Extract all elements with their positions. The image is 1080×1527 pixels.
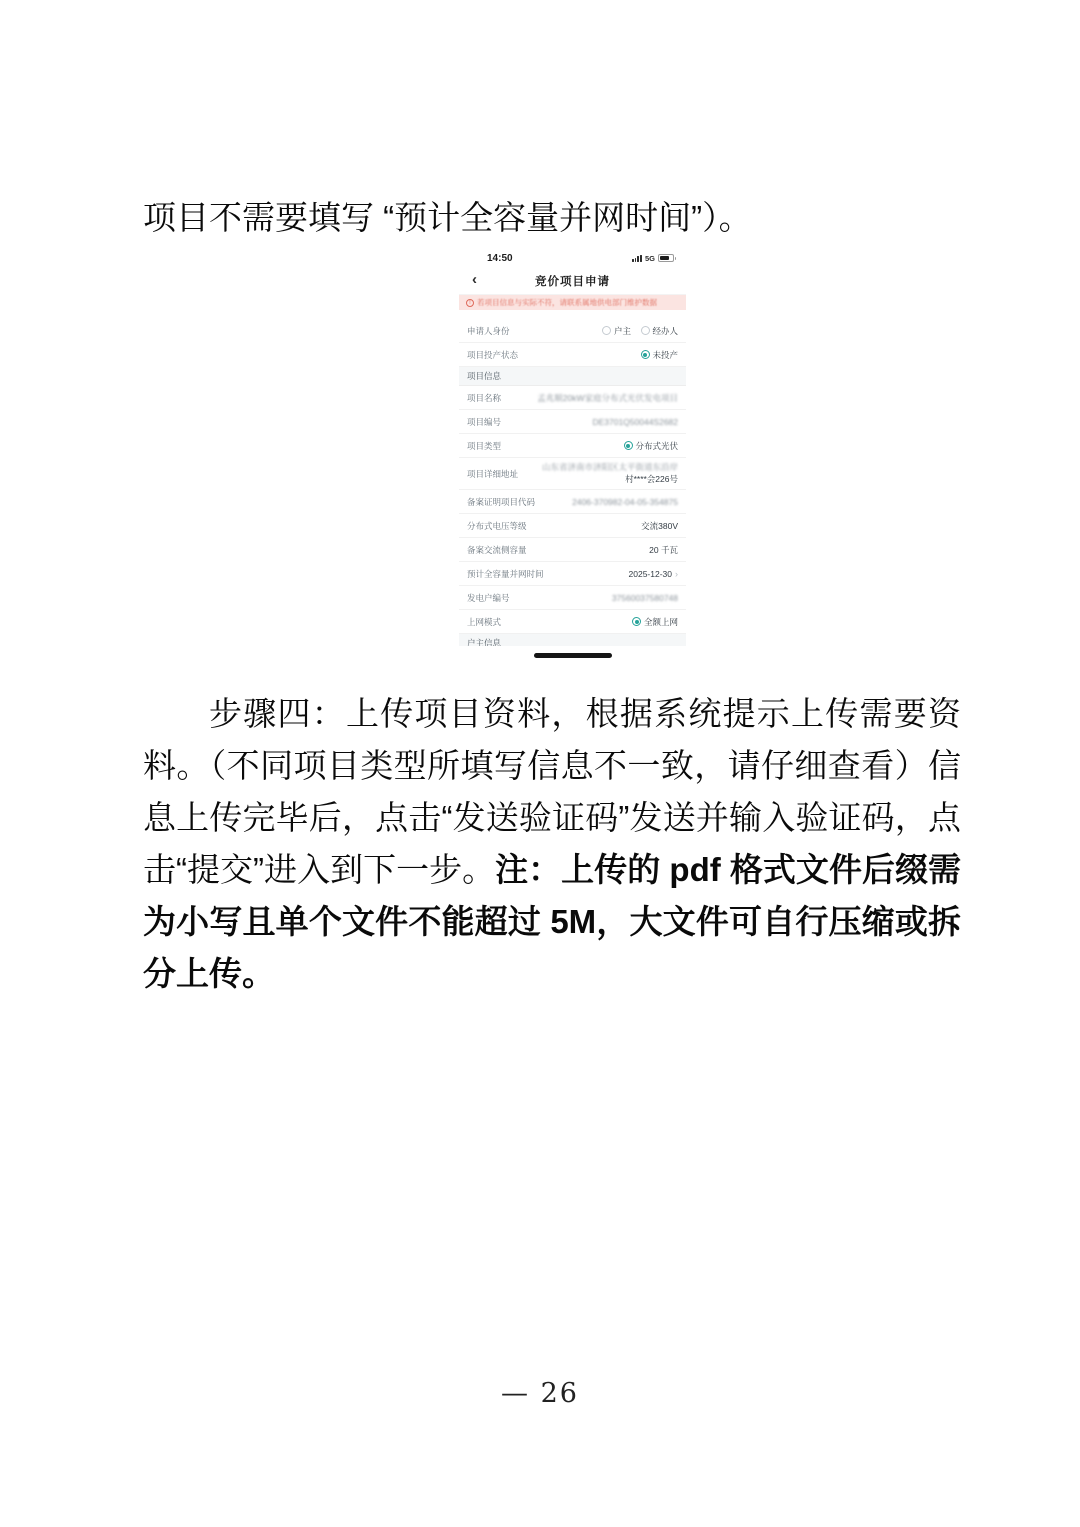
- phone-status-bar: 14:50 5G: [459, 247, 686, 267]
- radio-group: 分布式光伏: [624, 440, 678, 452]
- radio-unchecked-icon[interactable]: [602, 326, 611, 335]
- radio-label: 分布式光伏: [635, 440, 678, 452]
- radio-unchecked-icon[interactable]: [641, 326, 650, 335]
- phone-screenshot: 14:50 5G ‹ 竞价项目申请 ! 若项目信息与实际不符，请联系属地供电部门…: [459, 247, 686, 658]
- field-label: 分布式电压等级: [467, 520, 527, 532]
- form-row-generator-no: 发电户编号 37560037580748: [459, 586, 686, 610]
- spacer: [459, 310, 686, 319]
- radio-label: 经办人: [652, 325, 678, 337]
- form-row-applicant: 申请人身份 户主 经办人: [459, 319, 686, 343]
- field-label: 项目类型: [467, 440, 501, 452]
- field-label: 备案证明项目代码: [467, 496, 535, 508]
- date-picker-value[interactable]: 2025-12-30 ›: [629, 569, 678, 579]
- field-value-blurred: 2406-370982-04-05-354875: [572, 497, 678, 507]
- radio-option-selected[interactable]: 未投产: [641, 349, 678, 361]
- battery-icon: [658, 254, 674, 262]
- field-label: 项目编号: [467, 416, 501, 428]
- radio-option-huzhu[interactable]: 户主: [602, 325, 631, 337]
- page-number: — 26: [0, 1378, 1080, 1409]
- field-value-blurred: 孟兆顺20kW家庭分布式光伏发电项目: [537, 392, 678, 404]
- field-label: 项目详细地址: [467, 468, 518, 480]
- page-title: 竞价项目申请: [535, 273, 610, 289]
- radio-option-selected[interactable]: 全额上网: [632, 616, 678, 628]
- radio-group: 全额上网: [632, 616, 678, 628]
- radio-label: 户主: [614, 325, 631, 337]
- warning-banner: ! 若项目信息与实际不符，请联系属地供电部门维护数据: [459, 295, 686, 310]
- radio-label: 未投产: [652, 349, 678, 361]
- status-time: 14:50: [487, 253, 513, 264]
- signal-icon: [632, 254, 642, 262]
- radio-option-selected[interactable]: 分布式光伏: [624, 440, 678, 452]
- field-label: 上网模式: [467, 616, 501, 628]
- radio-checked-icon[interactable]: [632, 617, 641, 626]
- radio-label: 全额上网: [644, 616, 678, 628]
- home-indicator-bar: [534, 653, 612, 658]
- field-label: 申请人身份: [467, 325, 510, 337]
- form-row-project-name: 项目名称 孟兆顺20kW家庭分布式光伏发电项目: [459, 386, 686, 410]
- form-row-project-type: 项目类型 分布式光伏: [459, 434, 686, 458]
- form-row-grid-date[interactable]: 预计全容量并网时间 2025-12-30 ›: [459, 562, 686, 586]
- field-label: 预计全容量并网时间: [467, 568, 544, 580]
- field-label: 项目投产状态: [467, 349, 518, 361]
- radio-checked-icon[interactable]: [641, 350, 650, 359]
- status-icons: 5G: [632, 254, 674, 263]
- network-5g-label: 5G: [645, 254, 655, 263]
- section-header-owner-info: 户主信息: [459, 634, 686, 646]
- section-header-project-info: 项目信息: [459, 367, 686, 386]
- address-line2: 村****会226号: [625, 474, 678, 484]
- field-value: 20 千瓦: [649, 544, 678, 556]
- radio-checked-icon[interactable]: [624, 441, 633, 450]
- field-value: 交流380V: [641, 520, 678, 532]
- paragraph-intro-tail: 项目不需要填写 “预计全容量并网时间”）。: [143, 192, 961, 244]
- address-line1-blurred: 山东省济南市济阳区太平街道东沿岸: [542, 462, 678, 472]
- phone-nav-bar: ‹ 竞价项目申请: [459, 267, 686, 295]
- warning-text: 若项目信息与实际不符，请联系属地供电部门维护数据: [477, 297, 657, 308]
- warning-icon: !: [466, 299, 474, 307]
- radio-option-jingbanren[interactable]: 经办人: [641, 325, 678, 337]
- paragraph-step4: 步骤四：上传项目资料，根据系统提示上传需要资料。（不同项目类型所填写信息不一致，…: [143, 688, 961, 1000]
- field-label: 发电户编号: [467, 592, 510, 604]
- form-row-capacity: 备案交流侧容量 20 千瓦: [459, 538, 686, 562]
- back-icon[interactable]: ‹: [472, 271, 477, 288]
- form-row-project-no: 项目编号 DE3701Q50044S2682: [459, 410, 686, 434]
- radio-group: 户主 经办人: [602, 325, 678, 337]
- field-label: 项目名称: [467, 392, 501, 404]
- field-label: 备案交流侧容量: [467, 544, 527, 556]
- form-row-grid-mode: 上网模式 全额上网: [459, 610, 686, 634]
- field-value-blurred: 37560037580748: [612, 593, 678, 603]
- radio-group: 未投产: [641, 349, 678, 361]
- form-row-production-status: 项目投产状态 未投产: [459, 343, 686, 367]
- date-value: 2025-12-30: [629, 569, 672, 579]
- chevron-right-icon: ›: [675, 569, 678, 579]
- form-row-voltage: 分布式电压等级 交流380V: [459, 514, 686, 538]
- field-value: 山东省济南市济阳区太平街道东沿岸 村****会226号: [542, 459, 678, 488]
- form-row-record-code: 备案证明项目代码 2406-370982-04-05-354875: [459, 490, 686, 514]
- form-row-address: 项目详细地址 山东省济南市济阳区太平街道东沿岸 村****会226号: [459, 458, 686, 490]
- field-value-blurred: DE3701Q50044S2682: [592, 417, 678, 427]
